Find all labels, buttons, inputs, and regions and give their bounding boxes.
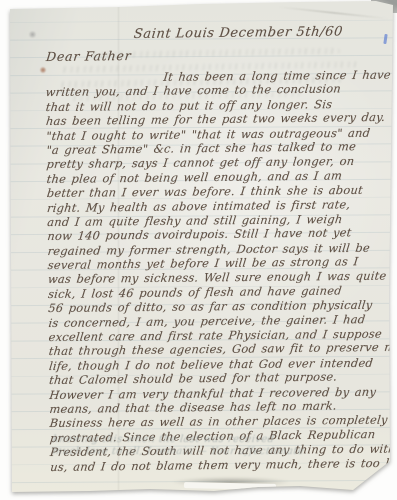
showthrough-text: knowing this when the last was receivedm… [52,434,352,457]
diagonal-crease [278,6,390,20]
letter-body: It has been a long time since I havewrit… [45,67,394,474]
showthrough-line: much love to all, I remain — Your affect… [52,446,353,458]
scan-background: Saint Louis December 5th/60 Dear Father … [0,0,397,500]
letter-content: Saint Louis December 5th/60 Dear Father … [44,24,393,474]
letter-paper-wrap: Saint Louis December 5th/60 Dear Father … [0,0,397,500]
ink-smudge [28,31,37,38]
showthrough-line: knowing this when the last was received [52,434,353,446]
bottom-fold-highlight [184,482,276,490]
letter-paper: Saint Louis December 5th/60 Dear Father … [0,0,397,500]
